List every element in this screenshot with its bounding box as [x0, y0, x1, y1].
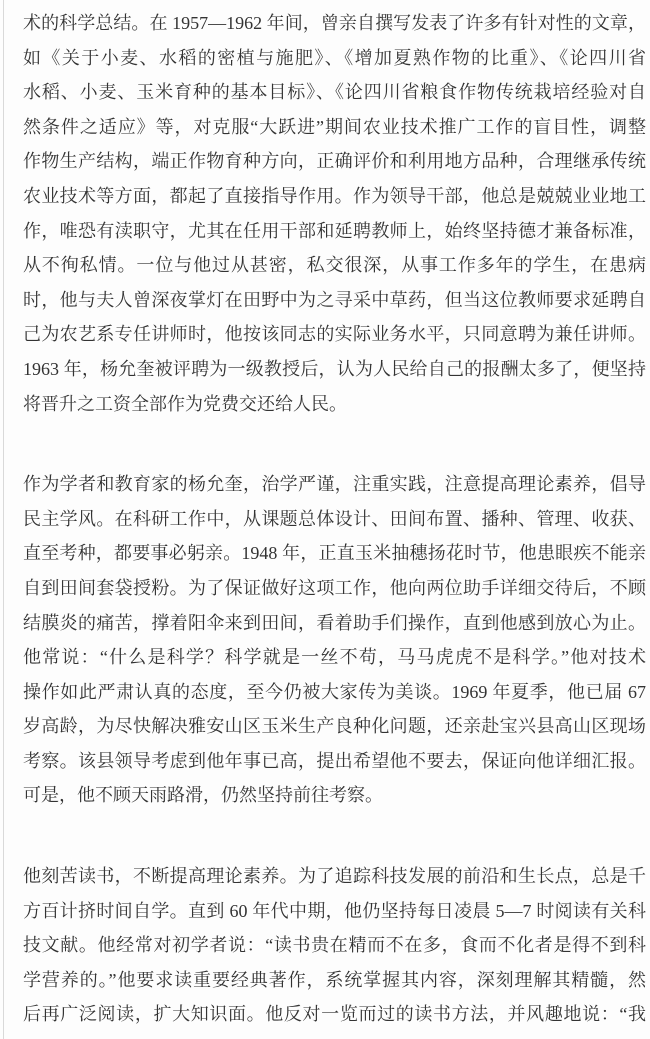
text-line: 农业技术等方面，都起了直接指导作用。作为领导干部，他总是兢兢业业地工 — [23, 179, 646, 214]
document-page: 术的科学总结。在 1957—1962 年间，曾亲自撰写发表了许多有针对性的文章，… — [0, 0, 650, 1039]
text-line: 操作如此严肃认真的态度，至今仍被大家传为美谈。1969 年夏季，他已届 67 — [23, 675, 646, 710]
text-line: 考察。该县领导考虑到他年事已高，提出希望他不要去，保证向他详细汇报。 — [23, 744, 646, 779]
document-text: 术的科学总结。在 1957—1962 年间，曾亲自撰写发表了许多有针对性的文章，… — [23, 6, 646, 1032]
text-line: 方百计挤时间自学。直到 60 年代中期，他仍坚持每日凌晨 5—7 时阅读有关科 — [23, 894, 646, 929]
text-line: 时，他与夫人曾深夜掌灯在田野中为之寻采中草药，但当这位教师要求延聘自 — [23, 283, 646, 318]
text-line: 自到田间套袋授粉。为了保证做好这项工作，他向两位助手详细交待后，不顾 — [23, 571, 646, 606]
paragraph: 术的科学总结。在 1957—1962 年间，曾亲自撰写发表了许多有针对性的文章，… — [23, 6, 646, 421]
text-line: 将晋升之工资全部作为党费交还给人民。 — [23, 387, 646, 422]
scan-edge-line — [3, 0, 4, 1039]
paragraph: 作为学者和教育家的杨允奎，治学严谨，注重实践，注意提高理论素养，倡导民主学风。在… — [23, 467, 646, 813]
text-line: 民主学风。在科研工作中，从课题总体设计、田间布置、播种、管理、收获、 — [23, 502, 646, 537]
text-line: 岁高龄，为尽快解决雅安山区玉米生产良种化问题，还亲赴宝兴县高山区现场 — [23, 709, 646, 744]
text-line: 水稻、小麦、玉米育种的基本目标》、《论四川省粮食作物传统栽培经验对自 — [23, 75, 646, 110]
text-line: 1963 年，杨允奎被评聘为一级教授后，认为人民给自己的报酬太多了，便坚持 — [23, 352, 646, 387]
paragraph: 他刻苦读书，不断提高理论素养。为了追踪科技发展的前沿和生长点，总是千方百计挤时间… — [23, 859, 646, 1032]
text-line: 结膜炎的痛苦，撑着阳伞来到田间，看着助手们操作，直到他感到放心为止。 — [23, 606, 646, 641]
text-line: 作，唯恐有渎职守，尤其在任用干部和延聘教师上，始终坚持德才兼备标准， — [23, 214, 646, 249]
text-line: 然条件之适应》等，对克服“大跃进”期间农业技术推广工作的盲目性，调整 — [23, 110, 646, 145]
text-line: 己为农艺系专任讲师时，他按该同志的实际业务水平，只同意聘为兼任讲师。 — [23, 317, 646, 352]
text-line: 后再广泛阅读，扩大知识面。他反对一览而过的读书方法，并风趣地说：“我 — [23, 997, 646, 1032]
text-line: 技文献。他经常对初学者说：“读书贵在精而不在多，食而不化者是得不到科 — [23, 928, 646, 963]
text-line: 术的科学总结。在 1957—1962 年间，曾亲自撰写发表了许多有针对性的文章， — [23, 6, 646, 41]
text-line: 直至考种，都要事必躬亲。1948 年，正直玉米抽穗扬花时节，他患眼疾不能亲 — [23, 536, 646, 571]
text-line: 可是，他不顾天雨路滑，仍然坚持前往考察。 — [23, 778, 646, 813]
text-line: 作为学者和教育家的杨允奎，治学严谨，注重实践，注意提高理论素养，倡导 — [23, 467, 646, 502]
text-line: 他常说：“什么是科学？科学就是一丝不苟，马马虎虎不是科学。”他对技术 — [23, 640, 646, 675]
text-line: 作物生产结构，端正作物育种方向，正确评价和利用地方品种，合理继承传统 — [23, 144, 646, 179]
text-line: 他刻苦读书，不断提高理论素养。为了追踪科技发展的前沿和生长点，总是千 — [23, 859, 646, 894]
text-line: 从不徇私情。一位与他过从甚密，私交很深，从事工作多年的学生，在患病 — [23, 248, 646, 283]
text-line: 学营养的。”他要求读重要经典著作，系统掌握其内容，深刻理解其精髓，然 — [23, 963, 646, 998]
text-line: 如《关于小麦、水稻的密植与施肥》、《增加夏熟作物的比重》、《论四川省 — [23, 41, 646, 76]
